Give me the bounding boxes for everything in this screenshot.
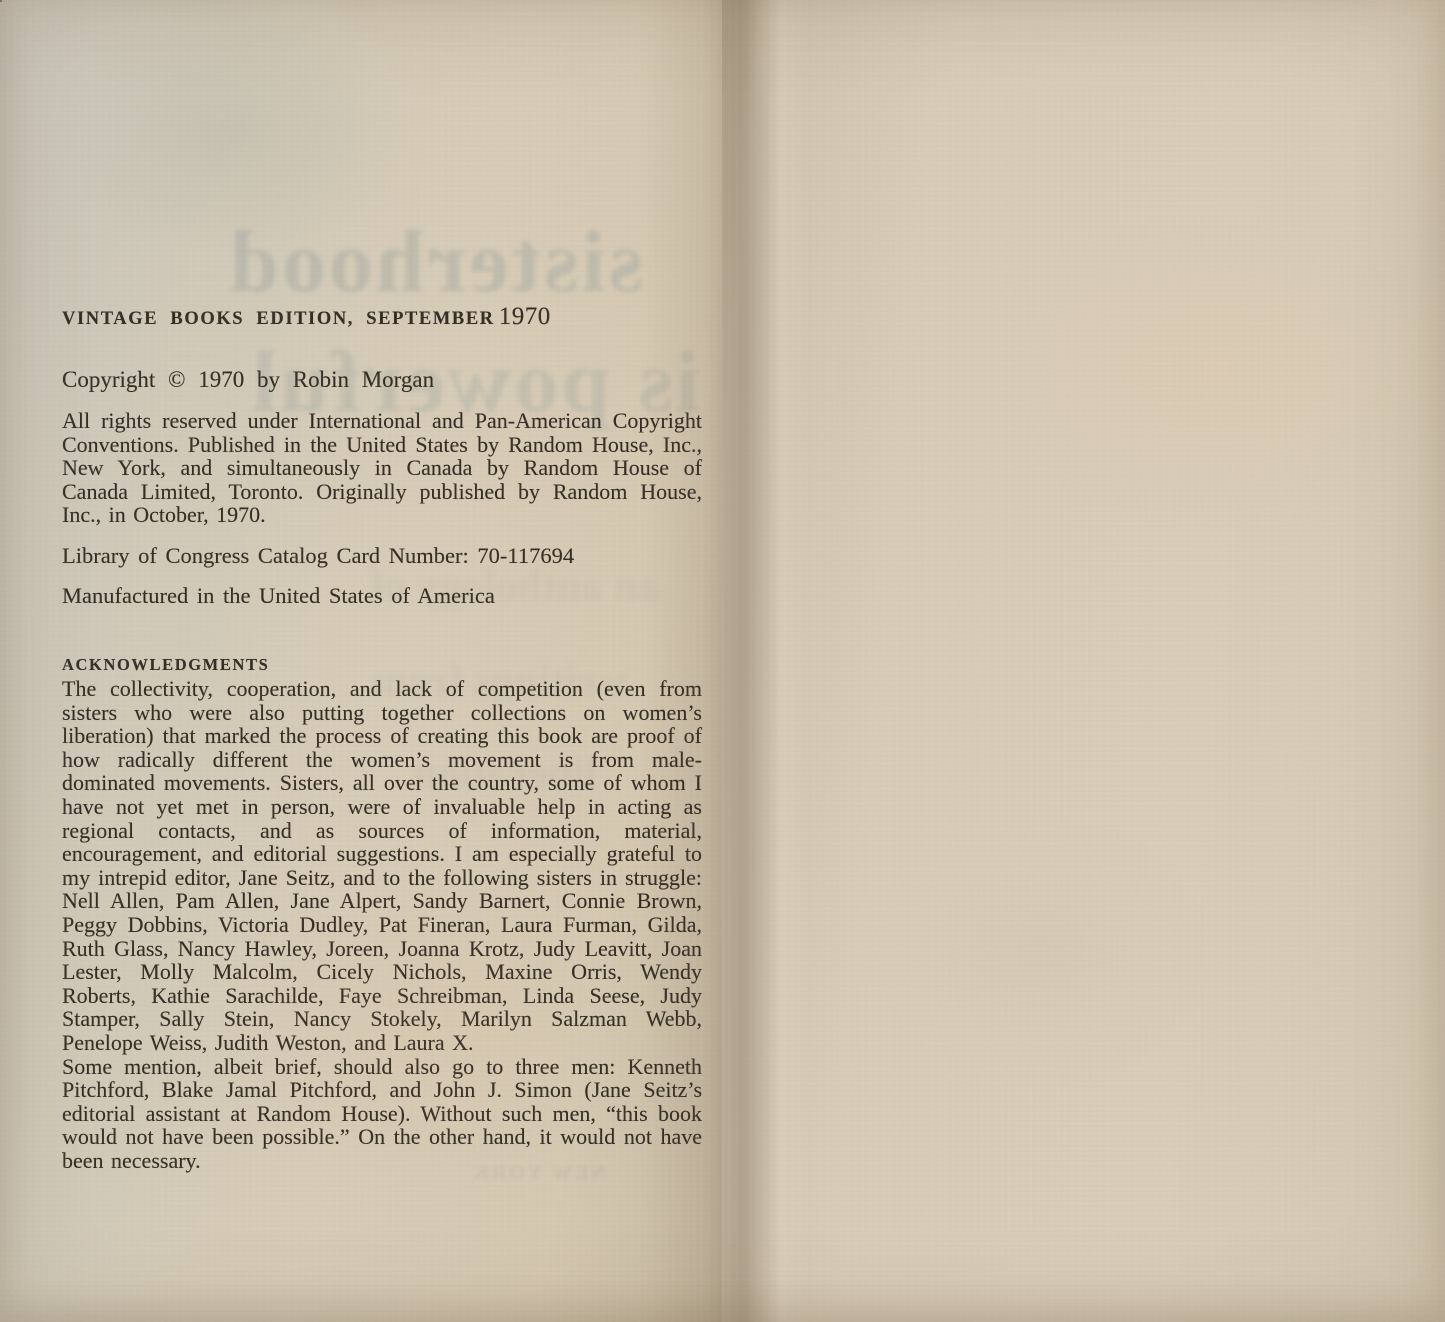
manufactured-line: Manufactured in the United States of Ame…	[62, 583, 495, 609]
copyright-line: Copyright © 1970 by Robin Morgan	[62, 367, 434, 393]
book-spread: sisterhood is powerful an anthology of w…	[0, 0, 1445, 1322]
edition-caps: VINTAGE BOOKS EDITION, SEPTEMBER	[62, 309, 495, 329]
acknowledgments-body: The collectivity, cooperation, and lack …	[62, 677, 702, 1172]
edition-line: VINTAGE BOOKS EDITION, SEPTEMBER1970	[62, 303, 551, 331]
copyright-page: sisterhood is powerful an anthology of w…	[0, 0, 722, 1322]
acknowledgments-paragraph: Some mention, albeit brief, should also …	[62, 1055, 702, 1173]
acknowledgments-credits-page: The Editor’s thanks also go to: The Voic…	[722, 0, 1445, 1322]
edition-year: 1970	[499, 303, 551, 330]
acknowledgments-heading: ACKNOWLEDGMENTS	[62, 655, 269, 675]
lccn-line: Library of Congress Catalog Card Number:…	[62, 543, 574, 569]
showthrough-title-line1: sisterhood	[170, 212, 700, 313]
rights-paragraph: All rights reserved under International …	[62, 409, 702, 527]
acknowledgments-paragraph: The collectivity, cooperation, and lack …	[62, 677, 702, 1055]
